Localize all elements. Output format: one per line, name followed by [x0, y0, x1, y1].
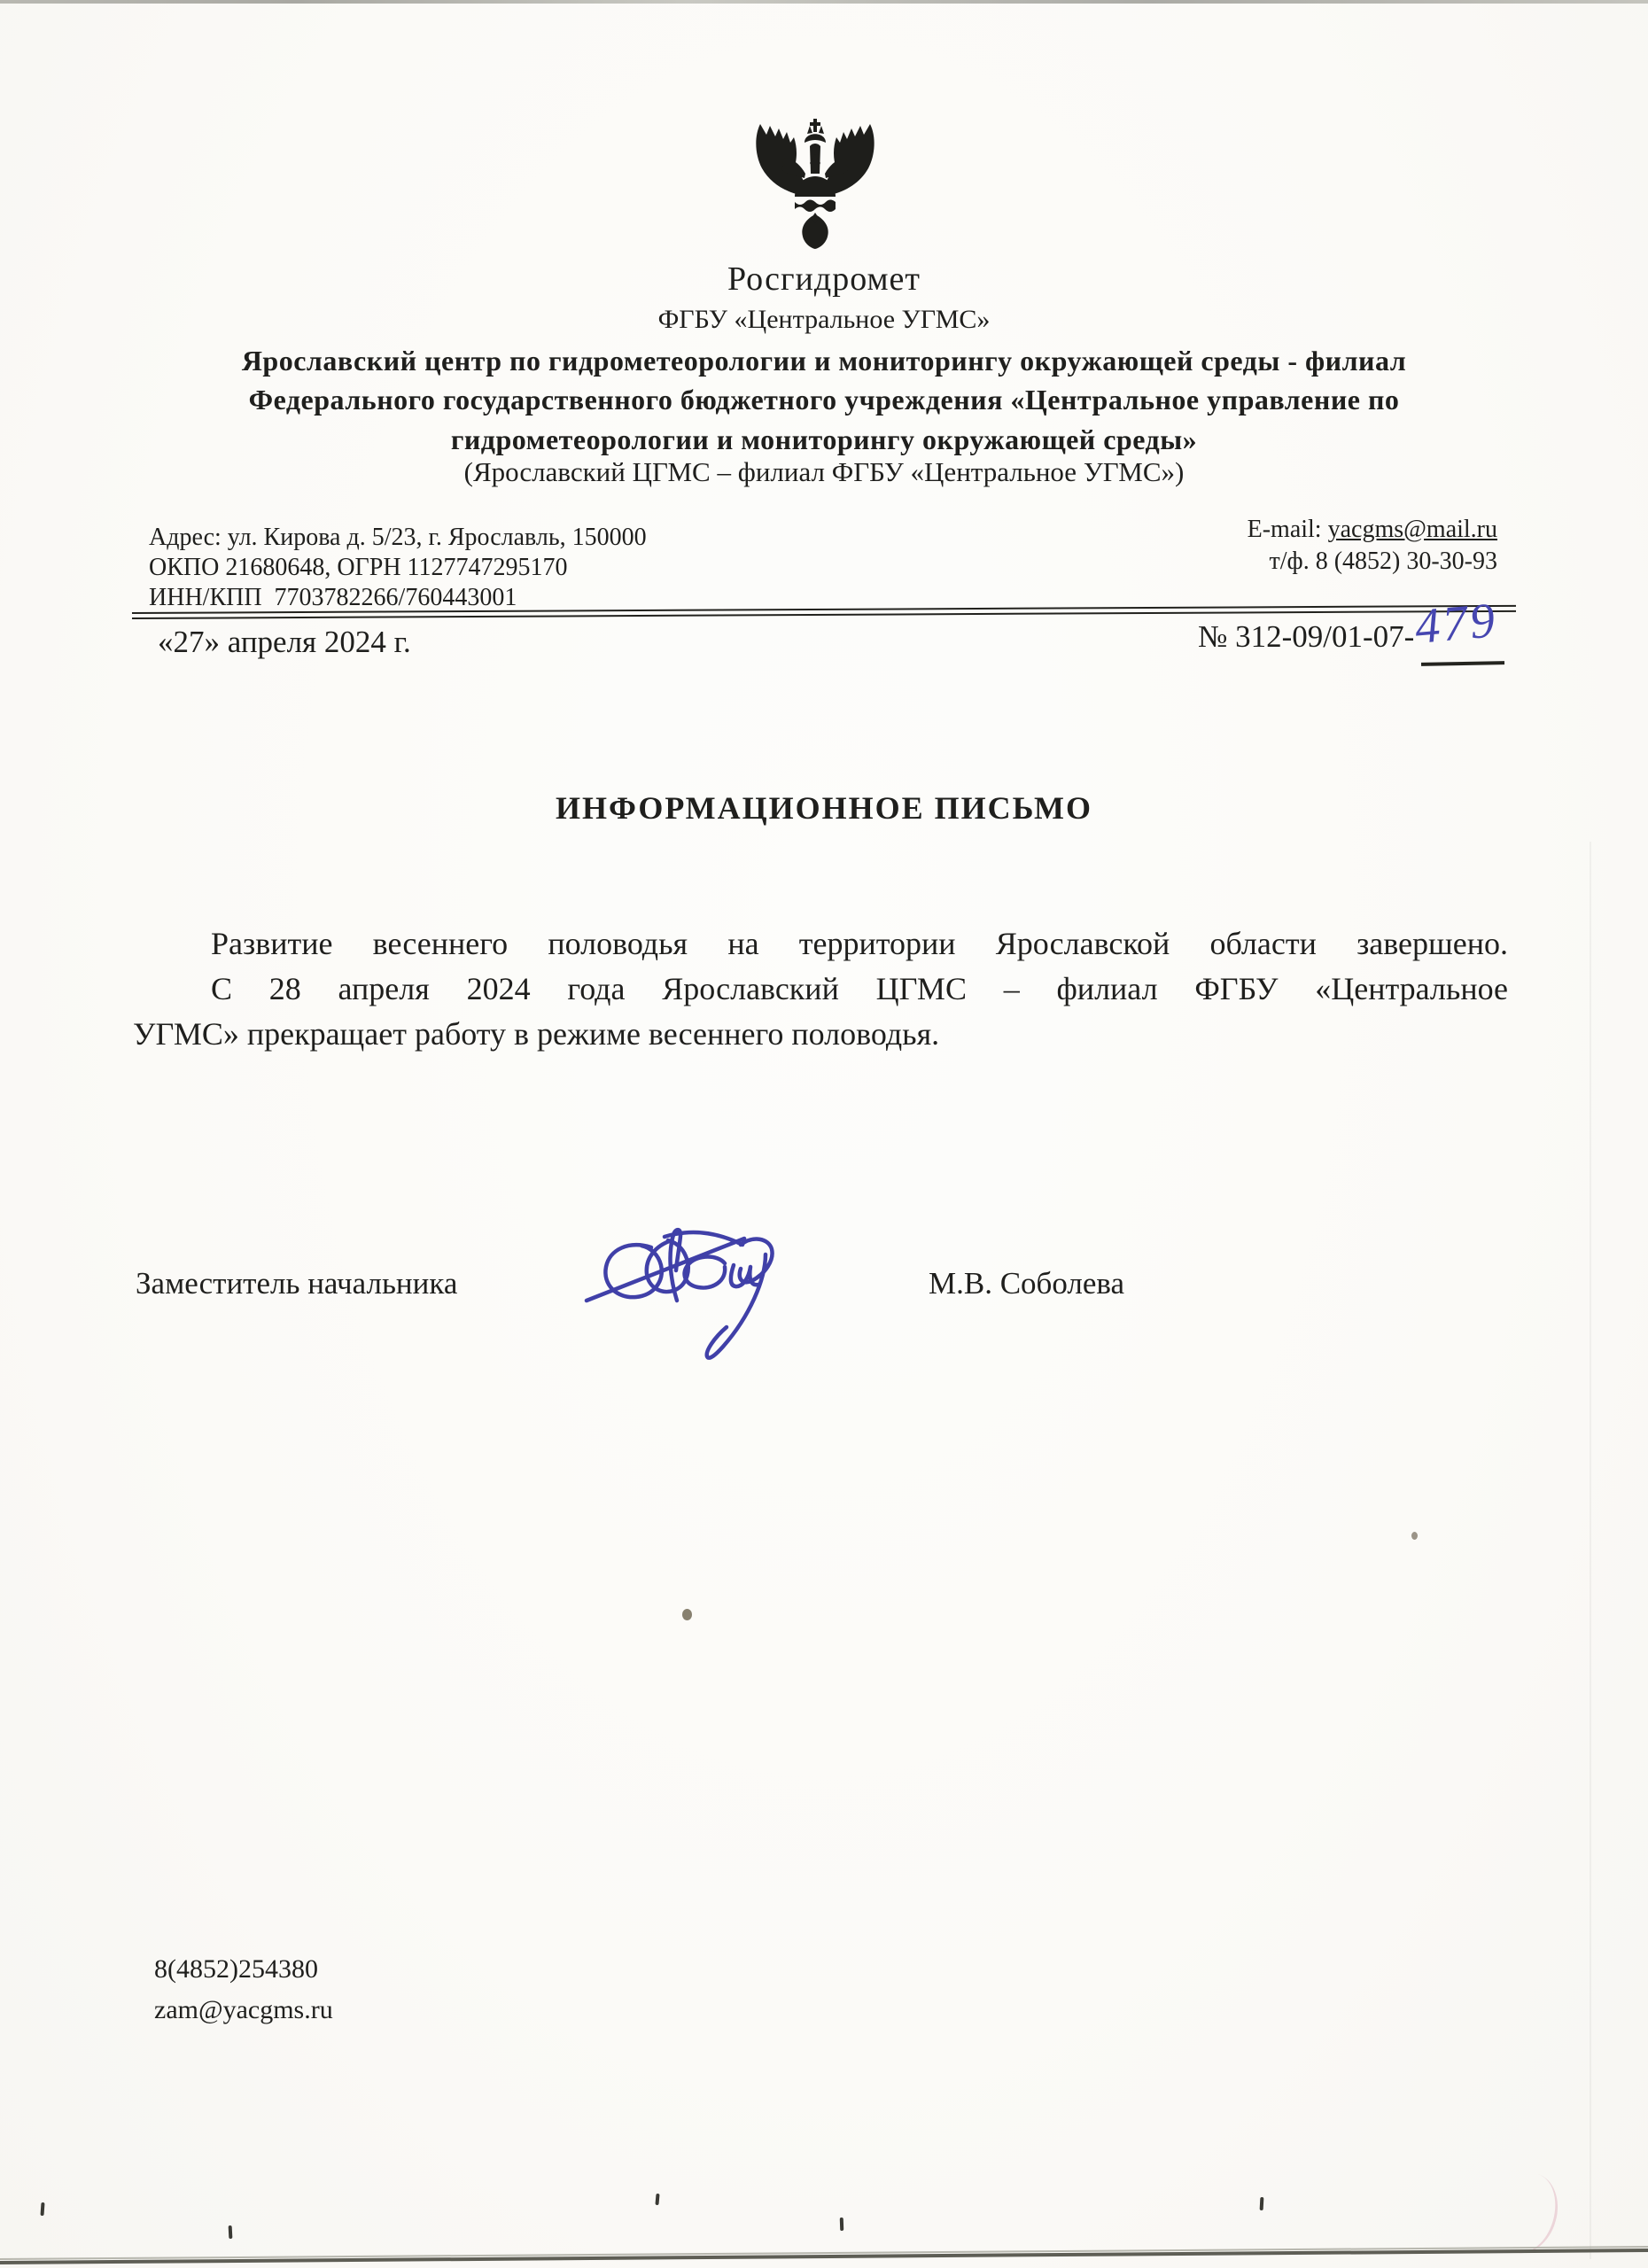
postal-address: Адрес: ул. Кирова д. 5/23, г. Ярославль,…: [149, 523, 647, 553]
scan-speck: [655, 2194, 659, 2205]
letter-body: Развитие весеннего половодья на территор…: [133, 921, 1508, 1057]
scan-top-edge: [0, 0, 1648, 4]
contact-block: E-mail: yacgms@mail.ru т/ф. 8 (4852) 30-…: [1248, 514, 1497, 578]
reference-number-handwritten: 479: [1412, 592, 1499, 656]
scanned-letter-page: Росгидромет ФГБУ «Центральное УГМС» Ярос…: [0, 0, 1648, 2268]
letter-date: «27» апреля 2024 г.: [158, 625, 411, 660]
body-line: С 28 апреля 2024 года Ярославский ЦГМС –…: [133, 967, 1508, 1012]
scan-speck: [840, 2218, 844, 2231]
scan-speck: [682, 1609, 692, 1620]
branch-short-name: (Ярославский ЦГМС – филиал ФГБУ «Централ…: [0, 456, 1648, 488]
scan-page-fold: [1590, 842, 1591, 2259]
requisites-block: Адрес: ул. Кирова д. 5/23, г. Ярославль,…: [149, 523, 647, 613]
email-line: E-mail: yacgms@mail.ru: [1248, 514, 1497, 546]
scan-speck: [1260, 2197, 1264, 2210]
body-line: УГМС» прекращает работу в режиме весенне…: [133, 1012, 1508, 1057]
okpo-ogrn: ОКПО 21680648, ОГРН 1127747295170: [149, 553, 647, 583]
body-line: Развитие весеннего половодья на территор…: [133, 921, 1508, 967]
org-name-line2: Федерального государственного бюджетного…: [0, 384, 1648, 416]
handwritten-signature: [567, 1203, 859, 1433]
double-headed-eagle-emblem: [749, 117, 882, 252]
scan-speck: [229, 2225, 233, 2239]
email-address: yacgms@mail.ru: [1328, 516, 1497, 543]
signer-position: Заместитель начальника: [136, 1266, 457, 1301]
signer-name: М.В. Соболева: [929, 1266, 1124, 1301]
inn-kpp: ИНН/КПП 7703782266/760443001: [149, 583, 647, 613]
executor-email: zam@yacgms.ru: [154, 1990, 333, 2031]
letter-title: ИНФОРМАЦИОННОЕ ПИСЬМО: [0, 789, 1648, 827]
reference-number-underline: [1421, 661, 1504, 665]
email-label: E-mail:: [1248, 516, 1328, 543]
parent-org-name: ФГБУ «Центральное УГМС»: [0, 305, 1648, 335]
scan-speck: [40, 2202, 44, 2216]
org-name-line3: гидрометеорологии и мониторингу окружающ…: [0, 423, 1648, 456]
reference-number-printed: № 312-09/01-07-: [1198, 619, 1414, 655]
executor-contacts: 8(4852)254380 zam@yacgms.ru: [154, 1949, 333, 2031]
executor-phone: 8(4852)254380: [154, 1949, 333, 1990]
scan-speck: [1411, 1532, 1418, 1540]
agency-name: Росгидромет: [0, 260, 1648, 299]
org-name-line1: Ярославский центр по гидрометеорологии и…: [0, 345, 1648, 377]
phone-fax-line: т/ф. 8 (4852) 30-30-93: [1248, 546, 1497, 578]
